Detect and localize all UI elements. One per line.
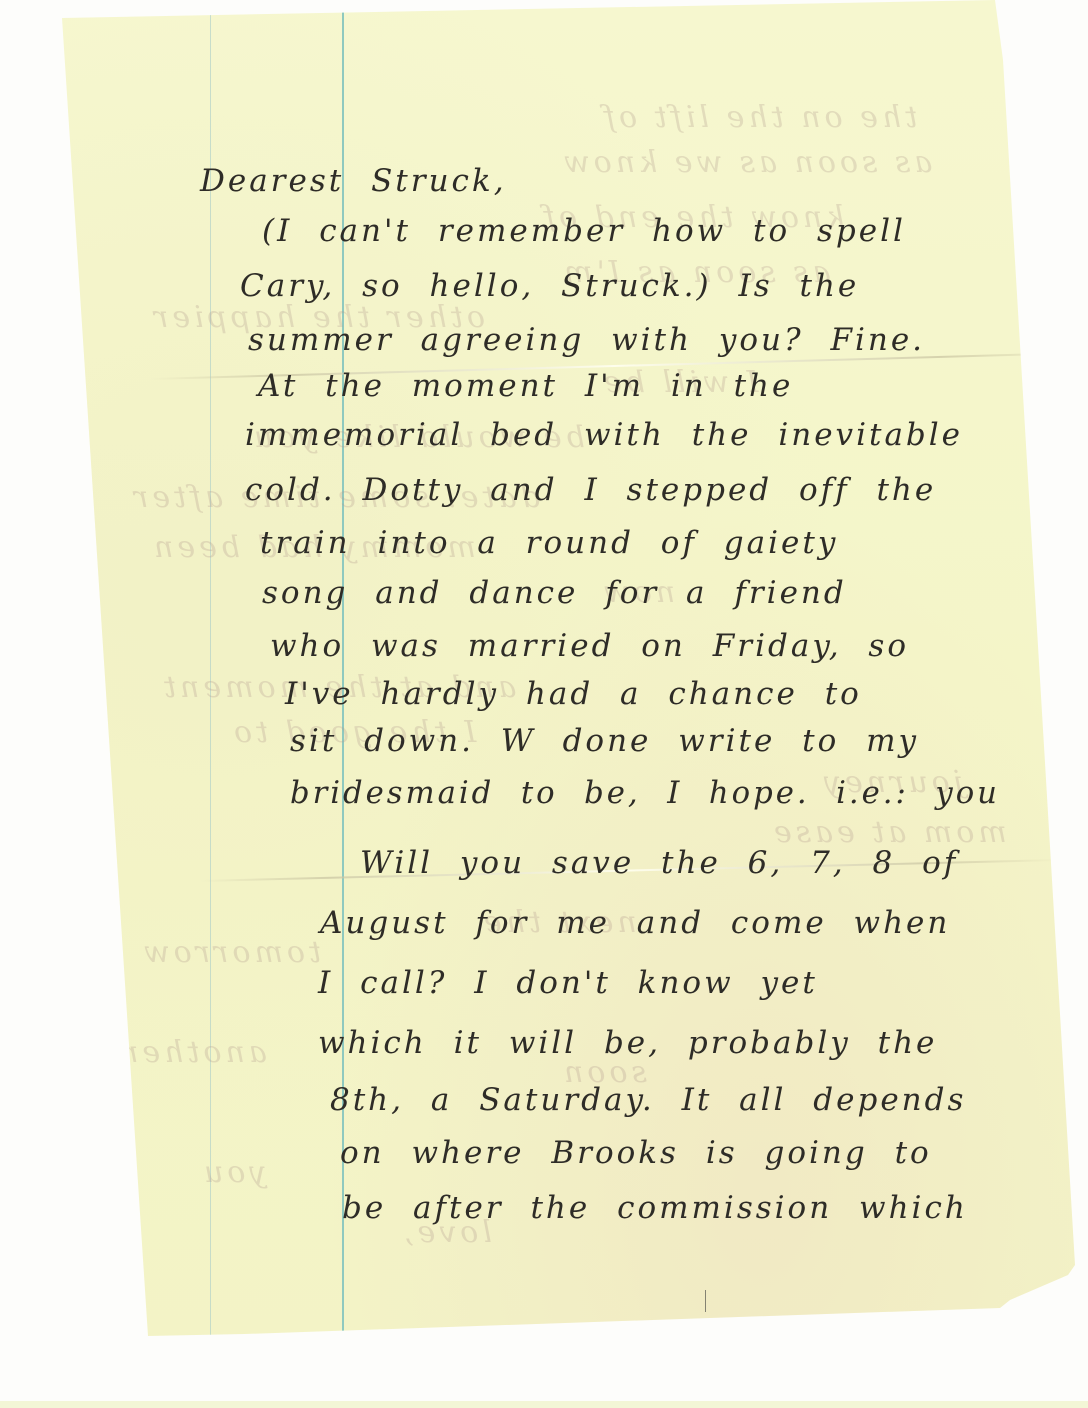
letter-line: I've hardly had a chance to <box>285 676 862 712</box>
letter-line: who was married on Friday, so <box>270 628 909 664</box>
letter-line: bridesmaid to be, I hope. i.e.: you <box>290 775 1000 811</box>
letter-line: cold. Dotty and I stepped off the <box>245 472 936 508</box>
letter-line: At the moment I'm in the <box>258 368 793 404</box>
letter-paper: the on the lift of as soon as we know kn… <box>0 0 1088 1408</box>
letter-line: I call? I don't know yet <box>318 965 818 1001</box>
outer-margin-line <box>210 0 211 1335</box>
letter-line: which it will be, probably the <box>318 1025 937 1061</box>
letter-line: be after the commission which <box>342 1190 968 1226</box>
letter-line: train into a round of gaiety <box>260 525 838 561</box>
letter-line: August for me and come when <box>320 905 950 941</box>
bleed-through-text: another <box>120 1035 267 1070</box>
letter-salutation: Dearest Struck, <box>200 163 507 199</box>
letter-line: summer agreeing with you? Fine. <box>248 322 925 358</box>
letter-line: on where Brooks is going to <box>340 1135 932 1171</box>
letter-line: sit down. W done write to my <box>290 723 919 759</box>
letter-line: 8th, a Saturday. It all depends <box>330 1082 966 1118</box>
scan-bottom-strip <box>0 1401 1088 1408</box>
bleed-through-text: you <box>200 1155 266 1190</box>
letter-line: Will you save the 6, 7, 8 of <box>360 845 958 881</box>
bleed-through-text: tomorrow <box>140 935 321 970</box>
letter-line: immemorial bed with the inevitable <box>245 417 963 453</box>
pencil-mark <box>705 1290 706 1312</box>
letter-line: Cary, so hello, Struck.) Is the <box>240 268 859 304</box>
bleed-through-text: as soon as we know <box>560 145 932 180</box>
bleed-through-text: the on the lift of <box>600 100 917 135</box>
letter-line: (I can't remember how to spell <box>262 213 906 249</box>
letter-line: song and dance for a friend <box>262 575 847 611</box>
